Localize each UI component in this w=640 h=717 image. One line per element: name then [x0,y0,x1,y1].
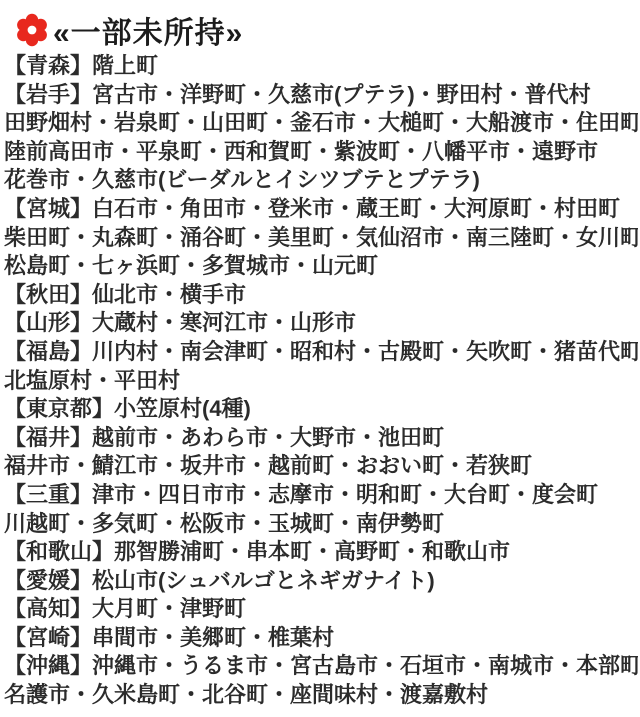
entry-line-aomori: 【青森】階上町 [4,52,638,81]
entry-line-yamagata: 【山形】大蔵村・寒河江市・山形市 [4,309,638,338]
entry-line-fukui: 【福井】越前市・あわら市・大野市・池田町 [4,424,638,453]
entry-list: 【青森】階上町 【岩手】宮古市・洋野町・久慈市(プテラ)・野田村・普代村 田野畑… [4,52,638,710]
entry-line-miyagi-cont-2: 松島町・七ヶ浜町・多賀城市・山元町 [4,252,638,281]
entry-line-fukushima-cont: 北塩原村・平田村 [4,367,638,396]
title-row: «一部未所持» [14,10,638,50]
entry-line-iwate-cont-2: 陸前高田市・平泉町・西和賀町・紫波町・八幡平市・遠野市 [4,138,638,167]
entry-line-akita: 【秋田】仙北市・横手市 [4,281,638,310]
entry-line-miyagi-cont-1: 柴田町・丸森町・涌谷町・美里町・気仙沼市・南三陸町・女川町 [4,224,638,253]
entry-line-tokyo: 【東京都】小笠原村(4種) [4,395,638,424]
entry-line-fukui-cont: 福井市・鯖江市・坂井市・越前町・おおい町・若狭町 [4,452,638,481]
entry-line-miyazaki: 【宮崎】串間市・美郷町・椎葉村 [4,624,638,653]
entry-line-okinawa-cont: 名護市・久米島町・北谷町・座間味村・渡嘉敷村 [4,681,638,710]
florette-icon [14,12,50,48]
entry-line-okinawa: 【沖縄】沖縄市・うるま市・宮古島市・石垣市・南城市・本部町 [4,652,638,681]
entry-line-iwate-cont-1: 田野畑村・岩泉町・山田町・釜石市・大槌町・大船渡市・住田町 [4,109,638,138]
entry-line-mie-cont: 川越町・多気町・松阪市・玉城町・南伊勢町 [4,510,638,539]
entry-line-wakayama: 【和歌山】那智勝浦町・串本町・高野町・和歌山市 [4,538,638,567]
entry-line-miyagi: 【宮城】白石市・角田市・登米市・蔵王町・大河原町・村田町 [4,195,638,224]
entry-line-ehime: 【愛媛】松山市(シュバルゴとネギガナイト) [4,567,638,596]
entry-line-mie: 【三重】津市・四日市市・志摩市・明和町・大台町・度会町 [4,481,638,510]
entry-line-fukushima: 【福島】川内村・南会津町・昭和村・古殿町・矢吹町・猪苗代町 [4,338,638,367]
entry-line-iwate: 【岩手】宮古市・洋野町・久慈市(プテラ)・野田村・普代村 [4,81,638,110]
entry-line-iwate-cont-3: 花巻市・久慈市(ビーダルとイシツブテとプテラ) [4,166,638,195]
page: «一部未所持» 【青森】階上町 【岩手】宮古市・洋野町・久慈市(プテラ)・野田村… [0,0,640,717]
entry-line-kochi: 【高知】大月町・津野町 [4,595,638,624]
page-title: «一部未所持» [53,8,243,52]
